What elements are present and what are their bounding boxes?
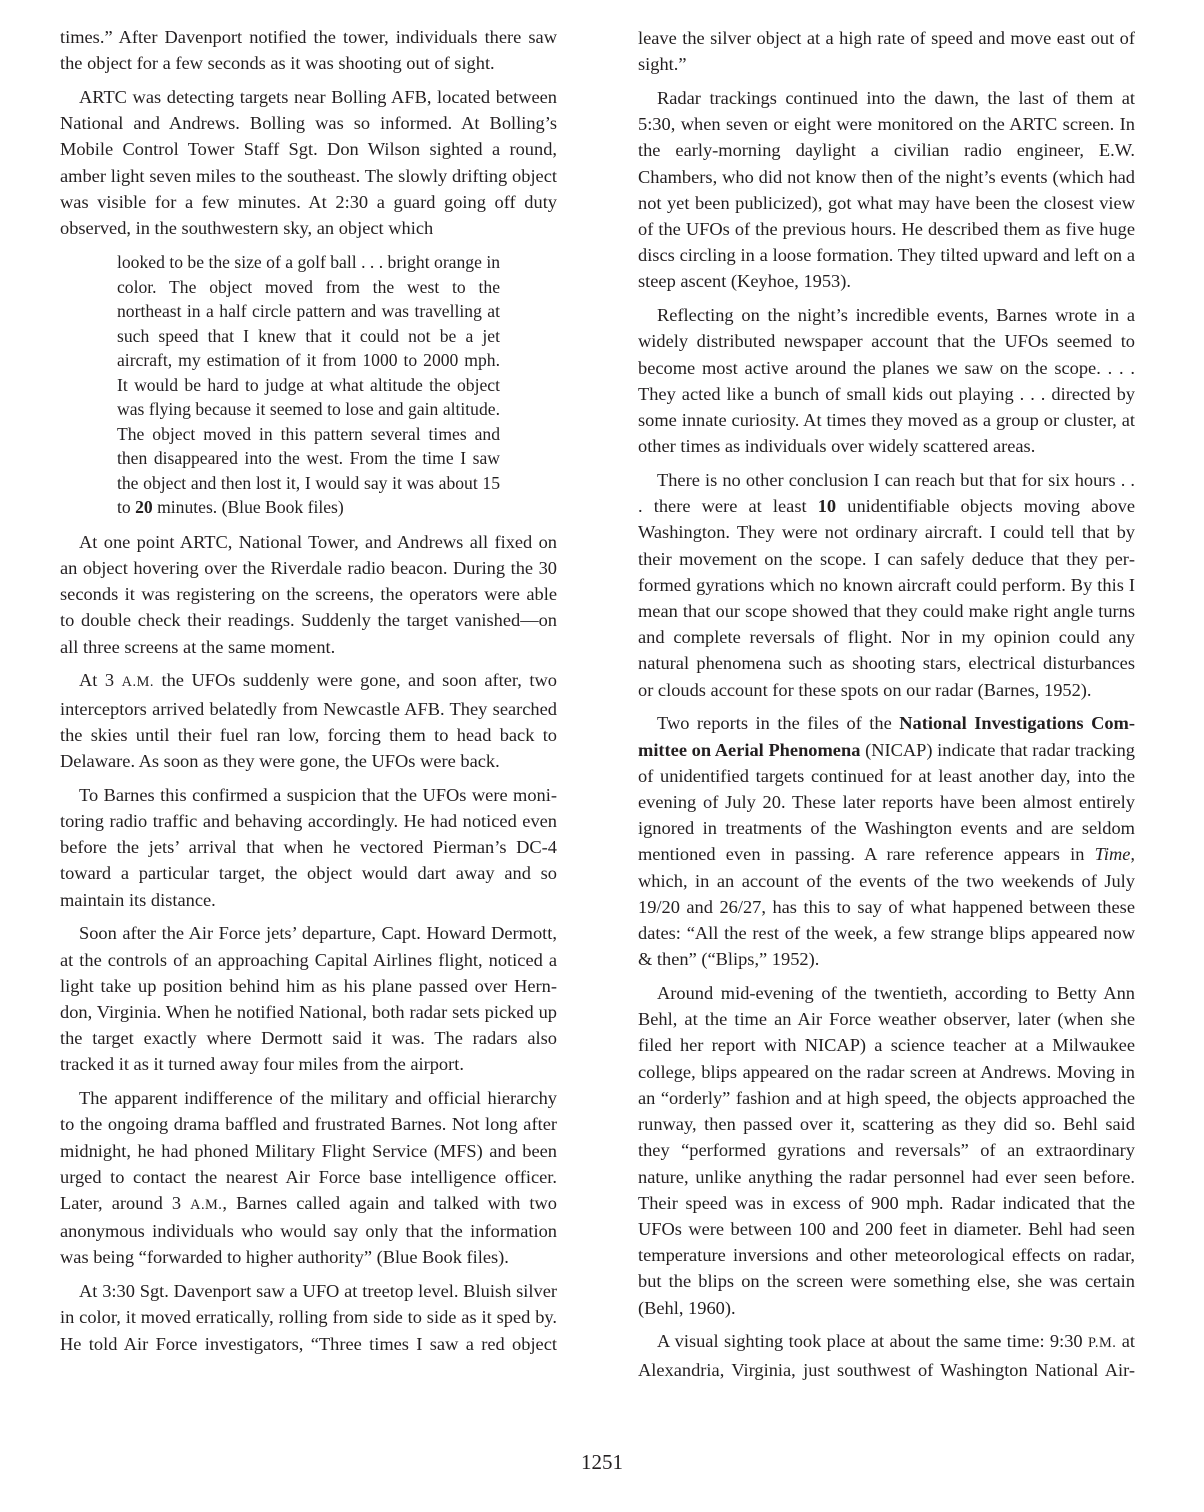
book-page: times.” After Davenport notified the tow…: [0, 0, 1204, 1512]
blockquote-text-part2: minutes. (Blue Book files): [153, 497, 344, 517]
paragraph-bolling-afb: ARTC was detecting targets near Bolling …: [60, 84, 557, 241]
blockquote-guard-report: looked to be the size of a golf ball . .…: [117, 250, 500, 520]
paragraph-nicap-reports: Two reports in the files of the National…: [638, 710, 1135, 972]
paragraph-radar-dawn: Radar trackings continued into the dawn,…: [638, 85, 1135, 295]
text-segment: which, in an account of the events of th…: [638, 871, 1135, 970]
paragraph-dermott: Soon after the Air Force jets’ departure…: [60, 920, 557, 1077]
right-column: leave the silver object at a high rate o…: [638, 25, 1135, 1390]
time-smallcaps: a.m.: [190, 1197, 222, 1213]
paragraph-riverdale-beacon: At one point ARTC, National Tower, and A…: [60, 529, 557, 660]
text-segment: unidentifiable objects moving above Wash…: [638, 496, 1135, 699]
bold-number: 10: [818, 496, 836, 516]
page-number: 1251: [0, 1448, 1204, 1476]
paragraph-continuation: leave the silver object at a high rate o…: [638, 25, 1135, 77]
text-segment: Two reports in the files of the: [657, 713, 899, 733]
paragraph-barnes-quote: There is no other conclusion I can reach…: [638, 467, 1135, 703]
time-smallcaps: a.m.: [122, 674, 154, 690]
blockquote-text-part1: looked to be the size of a golf ball . .…: [117, 252, 500, 517]
text-segment: A visual sighting took place at about th…: [657, 1331, 1088, 1351]
publication-title-italic: Time,: [1095, 844, 1135, 864]
blockquote-bold-number: 20: [135, 497, 153, 517]
paragraph-davenport-treetop: At 3:30 Sgt. Davenport saw a UFO at tree…: [60, 1278, 557, 1357]
paragraph-barnes-suspicion: To Barnes this confirmed a suspicion tha…: [60, 782, 557, 913]
paragraph-alexandria-sighting: A visual sighting took place at about th…: [638, 1328, 1135, 1382]
paragraph-behl-report: Around mid-evening of the twentieth, acc…: [638, 980, 1135, 1321]
paragraph-barnes-reflection: Reflecting on the night’s incredible eve…: [638, 302, 1135, 459]
paragraph-interceptors: At 3 a.m. the UFOs suddenly were gone, a…: [60, 667, 557, 774]
paragraph-indifference: The apparent indifference of the militar…: [60, 1085, 557, 1270]
paragraph-continuation: times.” After Davenport notified the tow…: [60, 24, 557, 76]
time-smallcaps: p.m.: [1088, 1335, 1116, 1351]
left-column: times.” After Davenport notified the tow…: [60, 24, 557, 1364]
text-segment: At 3: [79, 670, 122, 690]
